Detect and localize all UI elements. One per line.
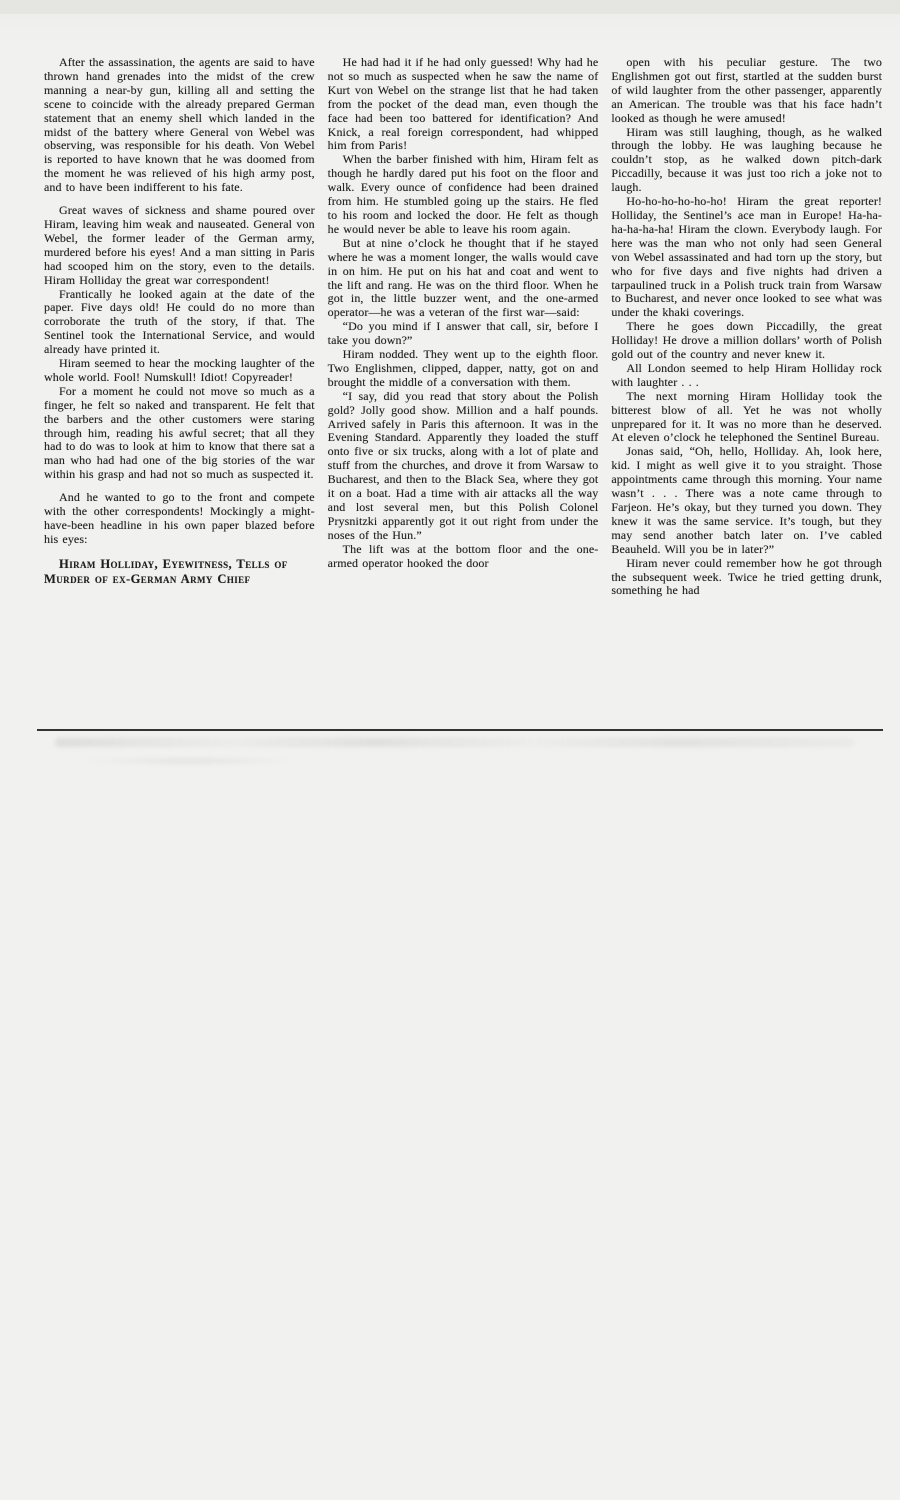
article-paragraph: There he goes down Piccadilly, the great…: [611, 320, 882, 362]
article-column-2: He had had it if he had only guessed! Wh…: [328, 56, 599, 732]
article-paragraph: The next morning Hiram Holliday took the…: [611, 390, 882, 446]
article-paragraph: Frantically he looked again at the date …: [44, 288, 315, 358]
paper-smudge: [80, 756, 300, 766]
article-headline: Hiram Holliday, Eyewitness, Tells of Mur…: [44, 557, 315, 587]
article-paragraph: “Do you mind if I answer that call, sir,…: [328, 320, 599, 348]
article-paragraph: Ho-ho-ho-ho-ho-ho! Hiram the great repor…: [611, 195, 882, 320]
article-paragraph: And he wanted to go to the front and com…: [44, 491, 315, 547]
article-paragraph: The lift was at the bottom floor and the…: [328, 543, 599, 571]
article-column-3: open with his peculiar gesture. The two …: [611, 56, 882, 732]
bottom-rule: [37, 729, 883, 731]
article-paragraph: For a moment he could not move so much a…: [44, 385, 315, 482]
article-paragraph: Hiram nodded. They went up to the eighth…: [328, 348, 599, 390]
page-top-edge-shadow: [0, 0, 900, 14]
article-paragraph: Great waves of sickness and shame poured…: [44, 204, 315, 287]
article-paragraph: He had had it if he had only guessed! Wh…: [328, 56, 599, 153]
article-paragraph: Hiram never could remember how he got th…: [611, 557, 882, 599]
article-paragraph: Hiram was still laughing, though, as he …: [611, 126, 882, 196]
article-paragraph: “I say, did you read that story about th…: [328, 390, 599, 543]
article-paragraph: But at nine o’clock he thought that if h…: [328, 237, 599, 320]
article-paragraph: Hiram seemed to hear the mocking laughte…: [44, 357, 315, 385]
article-column-1: After the assassination, the agents are …: [44, 56, 315, 732]
article-paragraph: Jonas said, “Oh, hello, Holliday. Ah, lo…: [611, 445, 882, 556]
article-paragraph: When the barber finished with him, Hiram…: [328, 153, 599, 236]
bleed-through-smudge: [55, 738, 855, 747]
article-paragraph: After the assassination, the agents are …: [44, 56, 315, 195]
scanned-book-page: After the assassination, the agents are …: [0, 0, 900, 1500]
article-text-region: After the assassination, the agents are …: [44, 56, 882, 732]
article-paragraph: open with his peculiar gesture. The two …: [611, 56, 882, 126]
article-paragraph: All London seemed to help Hiram Holliday…: [611, 362, 882, 390]
